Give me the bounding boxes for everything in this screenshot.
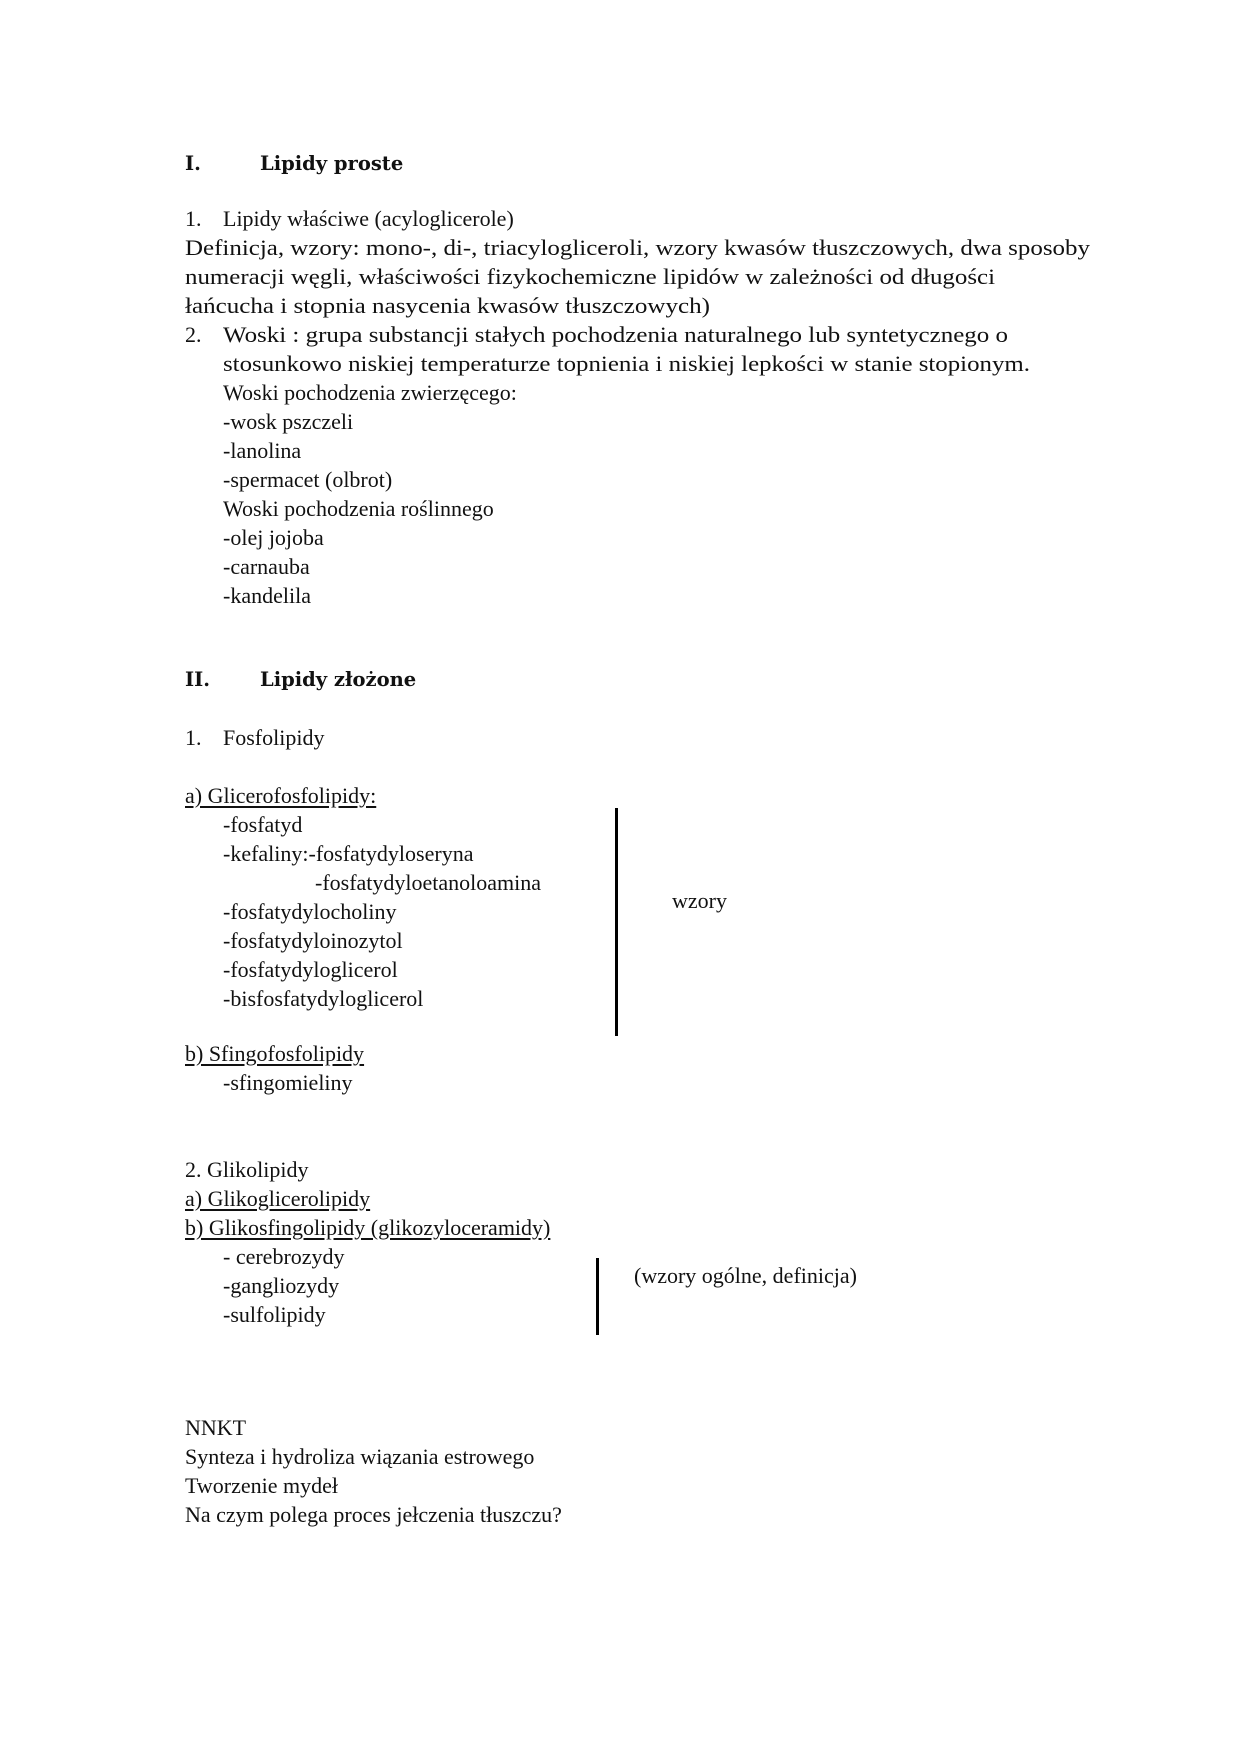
bracket-divider (596, 1258, 599, 1335)
bracket-divider (615, 808, 618, 1036)
glikosfingolipid-item: -gangliozydy (223, 1271, 339, 1300)
wax-item: -spermacet (olbrot) (223, 465, 392, 494)
item-2-line-1: Woski : grupa substancji stałych pochodz… (223, 320, 915, 349)
glicerofosfolipid-item: -fosfatydyloetanoloamina (315, 868, 541, 897)
glikolipidy-title: 2. Glikolipidy (185, 1155, 308, 1184)
topic-line: Tworzenie mydeł (185, 1471, 338, 1500)
topic-line: Na czym polega proces jełczenia tłuszczu… (185, 1500, 562, 1529)
section-2-numeral: II. (185, 665, 210, 694)
glicerofosfolipid-item: -fosfatydyloinozytol (223, 926, 403, 955)
glicerofosfolipid-item: -fosfatydylocholiny (223, 897, 397, 926)
wax-item: -carnauba (223, 552, 310, 581)
animal-waxes-heading: Woski pochodzenia zwierzęcego: (223, 378, 517, 407)
item-1-number: 1. (185, 204, 202, 233)
sfingofosfolipid-item: -sfingomieliny (223, 1068, 353, 1097)
item-1-description-line-3: łańcucha i stopnia nasycenia kwasów tłus… (185, 291, 646, 320)
item-1-title: Lipidy właściwe (acyloglicerole) (223, 204, 514, 233)
item-2-line-2: stosunkowo niskiej temperaturze topnieni… (223, 349, 937, 378)
wax-item: -olej jojoba (223, 523, 324, 552)
item-1-description-line-2: numeracji węgli, właściwości fizykochemi… (185, 262, 900, 291)
topic-line: NNKT (185, 1413, 246, 1442)
item-2-number: 2. (185, 320, 202, 349)
glicerofosfolipid-item: -bisfosfatydyloglicerol (223, 984, 423, 1013)
fosfolipidy-title: Fosfolipidy (223, 723, 324, 752)
section-2-title: Lipidy złożone (260, 665, 416, 694)
glikosfingolipid-item: -sulfolipidy (223, 1300, 326, 1329)
glikoglicerolipidy-heading: a) Glikoglicerolipidy (185, 1184, 370, 1213)
wax-item: -wosk pszczeli (223, 407, 353, 436)
wax-item: -kandelila (223, 581, 311, 610)
section-1-title: Lipidy proste (260, 149, 403, 178)
topic-line: Synteza i hydroliza wiązania estrowego (185, 1442, 534, 1471)
glicerofosfolipid-item: -kefaliny:-fosfatydyloseryna (223, 839, 473, 868)
section-1-numeral: I. (185, 149, 201, 178)
glicerofosfolipid-item: -fosfatyd (223, 810, 302, 839)
glicerofosfolipidy-heading: a) Glicerofosfolipidy: (185, 781, 376, 810)
sfingofosfolipidy-heading: b) Sfingofosfolipidy (185, 1039, 364, 1068)
wax-item: -lanolina (223, 436, 301, 465)
item-1-description-line-1: Definicja, wzory: mono-, di-, triacylogl… (185, 233, 983, 262)
glicerofosfolipid-item: -fosfatydyloglicerol (223, 955, 398, 984)
fosfolipidy-number: 1. (185, 723, 202, 752)
glikosfingolipid-item: - cerebrozydy (223, 1242, 345, 1271)
general-formulas-note: (wzory ogólne, definicja) (634, 1261, 857, 1290)
plant-waxes-heading: Woski pochodzenia roślinnego (223, 494, 494, 523)
glikosfingolipidy-heading: b) Glikosfingolipidy (glikozyloceramidy) (185, 1213, 550, 1242)
formulas-note: wzory (672, 886, 727, 915)
